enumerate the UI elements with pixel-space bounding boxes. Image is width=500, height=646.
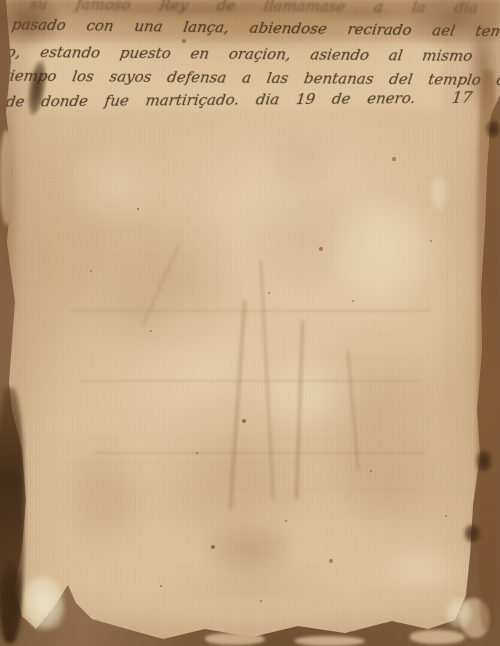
stain-spot-right-lower xyxy=(464,524,481,543)
white-dab-right xyxy=(430,175,448,211)
inscription-line-5: de donde fue martiriçado. dia 19 de ener… xyxy=(5,89,417,111)
chain-line xyxy=(70,310,430,312)
stain-streak-left-upper xyxy=(0,40,20,370)
photograph-manuscript-verso: su famoso Rey de llamamase a la dia pasa… xyxy=(0,0,500,646)
stain-spot-right-upper xyxy=(476,450,492,472)
light-patch xyxy=(60,140,170,230)
chain-line xyxy=(80,380,420,382)
white-remnant-bottom-right xyxy=(446,598,472,628)
drawing-smudge-dark xyxy=(195,520,305,580)
paper-sheet: su famoso Rey de llamamase a la dia pasa… xyxy=(0,0,500,646)
paper-remnant xyxy=(295,636,365,646)
drawing-smudge xyxy=(330,430,460,540)
stain-streak-right xyxy=(477,70,499,630)
light-patch xyxy=(360,540,480,600)
stain-corner-bottom-left xyxy=(0,560,22,630)
drawing-smudge xyxy=(60,430,150,560)
drawing-smudge xyxy=(260,120,340,190)
chain-line xyxy=(95,452,425,454)
white-remnant-bottom-left xyxy=(20,573,67,632)
paper-remnant xyxy=(410,630,465,644)
stain-spot-right-top xyxy=(486,120,500,138)
